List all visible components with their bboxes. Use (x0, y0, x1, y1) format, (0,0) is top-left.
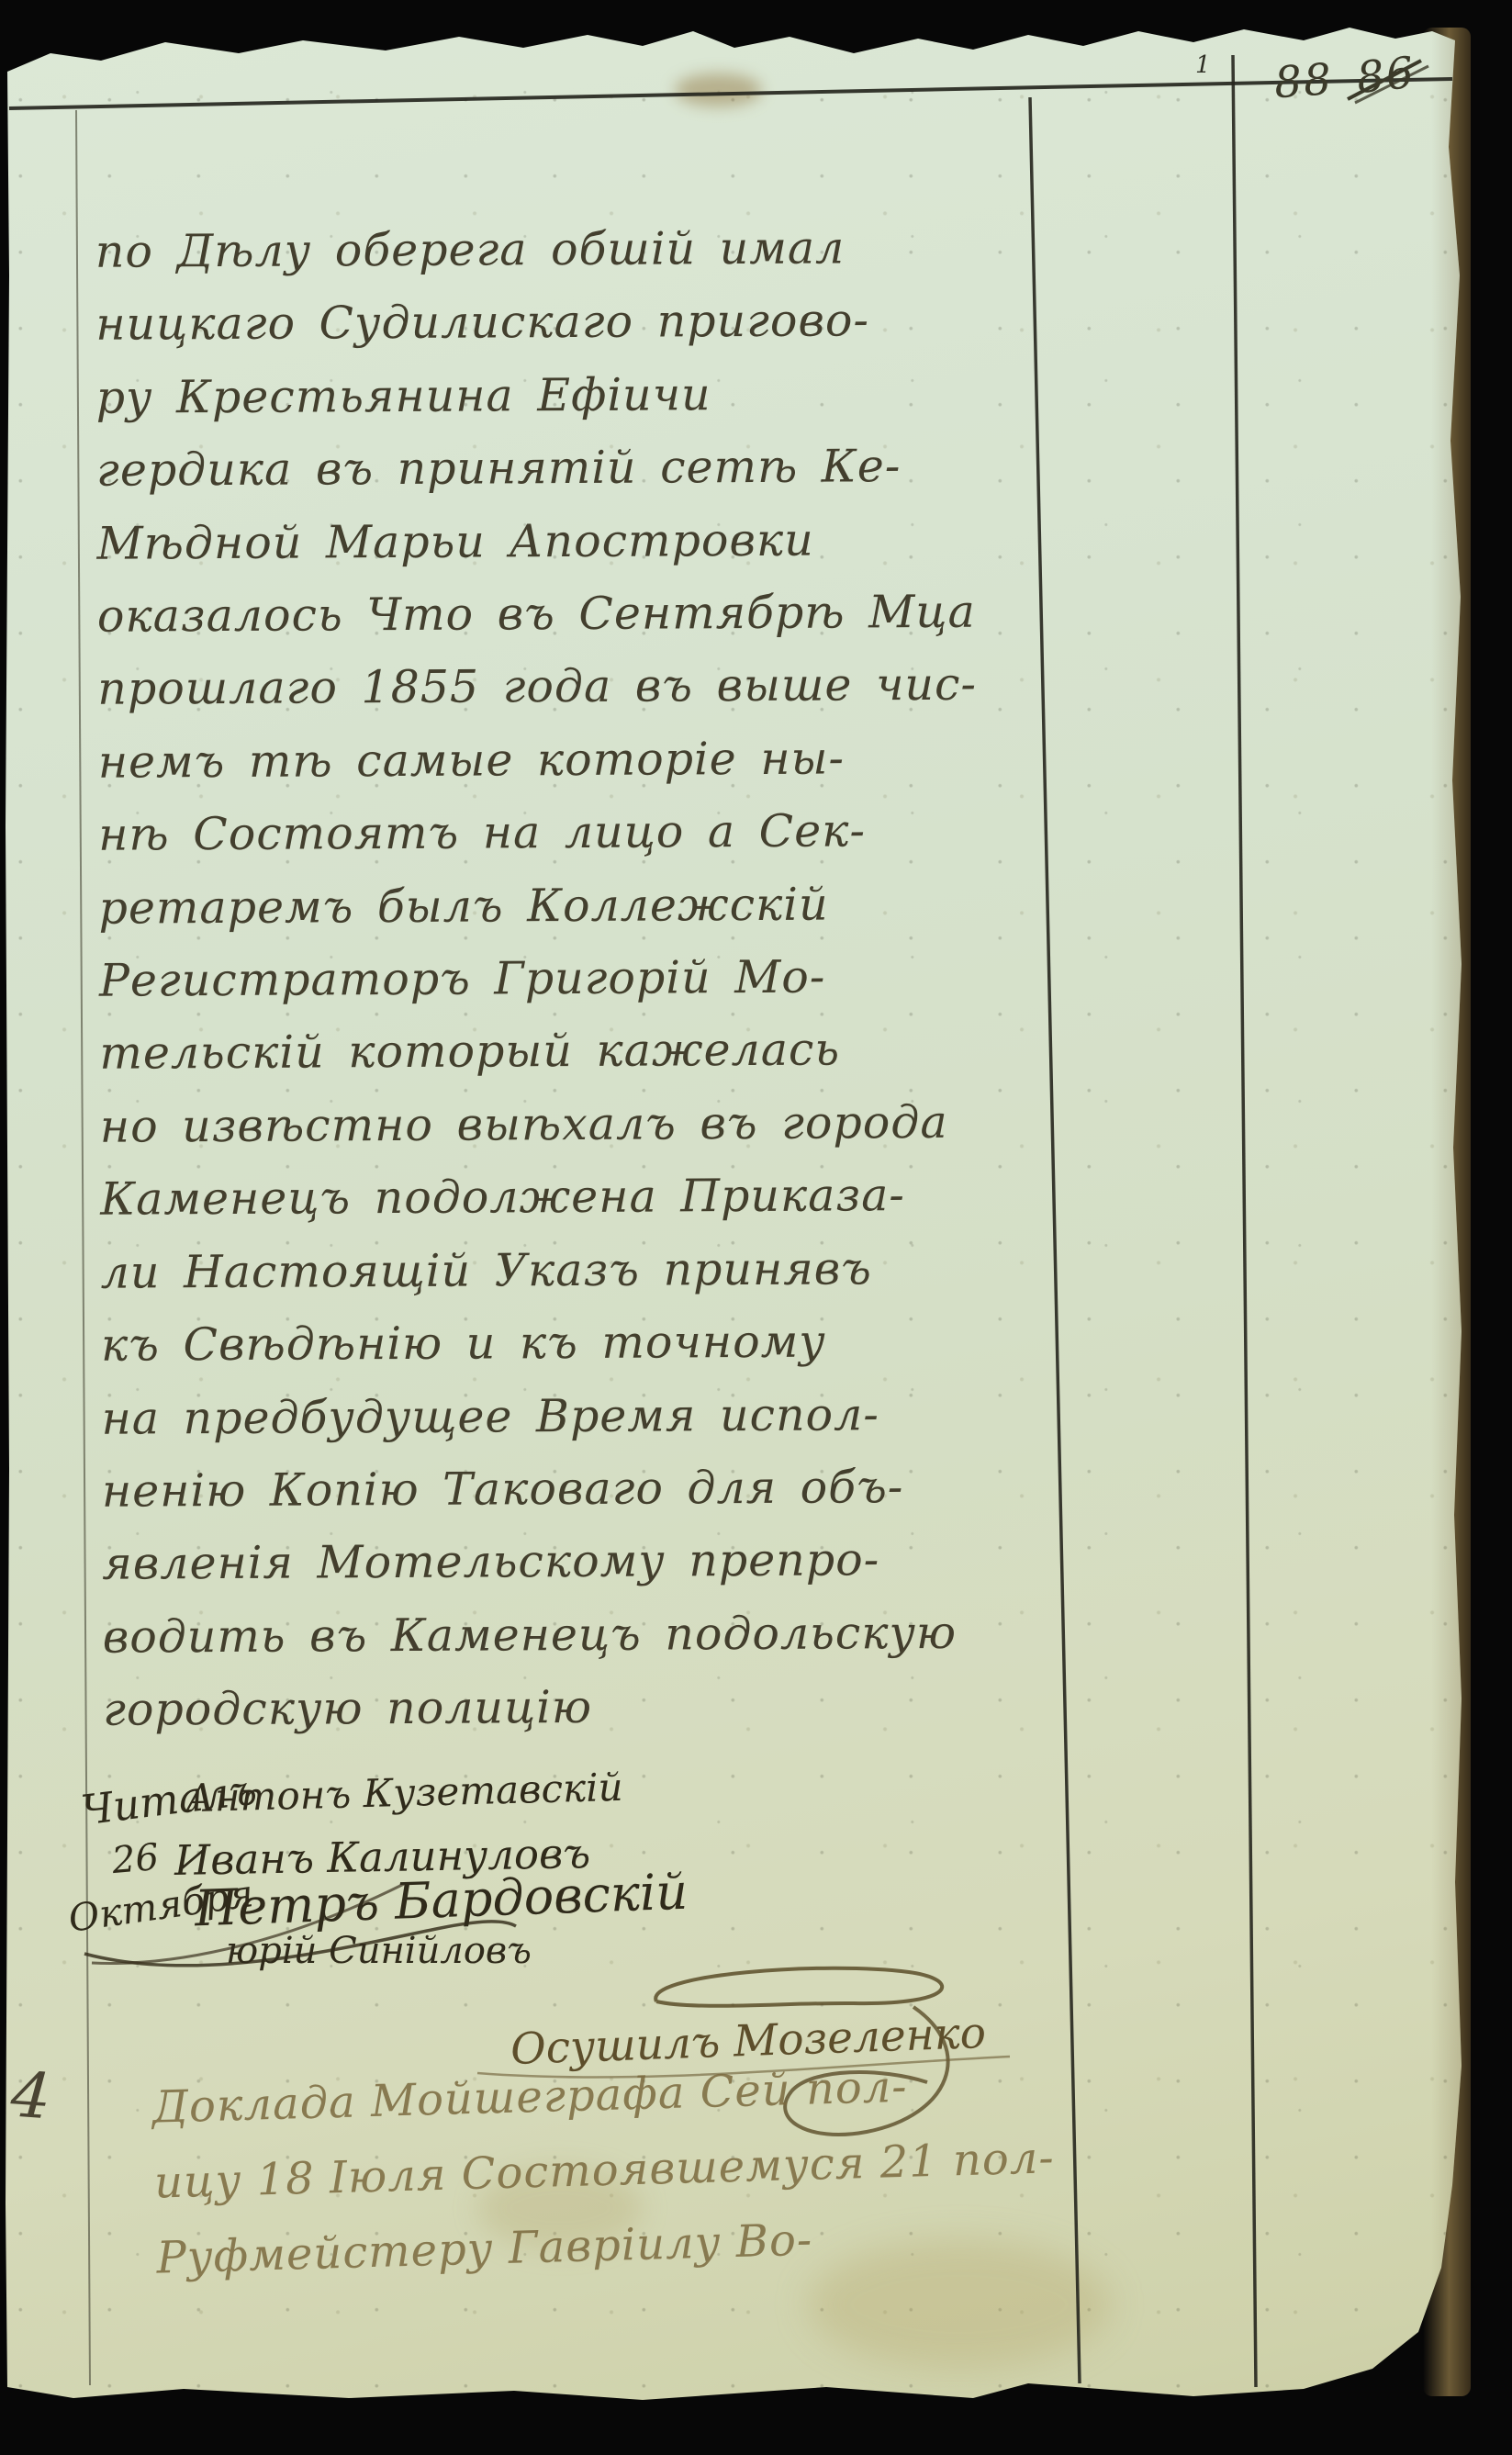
manuscript-line: по Дѣлу оберега обшій имал (95, 210, 1050, 288)
manuscript-line: Регистраторъ Григорій Мо- (99, 939, 1054, 1017)
footer-docket: Доклада Мойшеграфа Сей пол-ицу 18 Іюля С… (151, 2043, 1121, 2295)
manuscript-line: ненію Копію Таковаго для объ- (102, 1450, 1057, 1528)
manuscript-line: Мѣдной Марьи Апостровки (96, 502, 1051, 580)
vertical-rule-2 (1233, 55, 1256, 2387)
manuscript-body: по Дѣлу оберега обшій ималницкаго Судили… (95, 210, 1058, 1746)
top-rule-line (9, 79, 1452, 108)
manuscript-line: немъ тѣ самые которіе ны- (98, 721, 1053, 799)
manuscript-line: ли Настоящій Указъ принявъ (100, 1231, 1055, 1309)
manuscript-line: но извѣстно выѣхалъ въ города (100, 1085, 1055, 1163)
margin-day: 26 (110, 1836, 161, 1882)
manuscript-line: ру Крестьянина Ефіичи (95, 356, 1050, 434)
manuscript-line: на предбудущее Время испол- (101, 1377, 1056, 1455)
page-number-group: 8886 (1272, 49, 1417, 109)
manuscript-line: явленія Мотельскому препро- (102, 1523, 1057, 1601)
manuscript-line: нѣ Состоятъ на лицо а Сек- (98, 794, 1053, 872)
manuscript-line: гердика въ принятій сетѣ Ке- (96, 430, 1051, 508)
top-mark: 1 (1195, 51, 1211, 79)
manuscript-line: тельскій который кажелась (99, 1013, 1054, 1091)
manuscript-line: ретаремъ былъ Коллежскій (98, 867, 1053, 945)
manuscript-line: ницкаго Судилискаго пригово- (95, 284, 1050, 362)
manuscript-line: прошлаго 1855 года въ выше чис- (97, 648, 1052, 726)
manuscript-line: оказалось Что въ Сентябрѣ Мца (97, 575, 1052, 653)
scanned-document: 8886 1 по Дѣлу оберега обшій ималницкаго… (0, 0, 1512, 2455)
manuscript-line: къ Свѣдѣнію и къ точному (101, 1304, 1056, 1382)
manuscript-line: водить въ Каменецъ подольскую (103, 1596, 1058, 1674)
document-page: 8886 1 по Дѣлу оберега обшій ималницкаго… (0, 0, 1512, 2455)
clerk-flourish-loop (655, 1968, 942, 2006)
margin-entry-number: 4 (8, 2059, 53, 2135)
manuscript-line: Каменецъ подолжена Приказа- (100, 1159, 1055, 1237)
page-number-crossed-out: 86 (1354, 48, 1417, 104)
manuscript-line: городскую полицію (103, 1668, 1058, 1746)
page-number-current: 88 (1272, 54, 1334, 108)
left-margin-rule (76, 110, 90, 2385)
signature-4: юрій Синійловъ (226, 1930, 532, 1972)
